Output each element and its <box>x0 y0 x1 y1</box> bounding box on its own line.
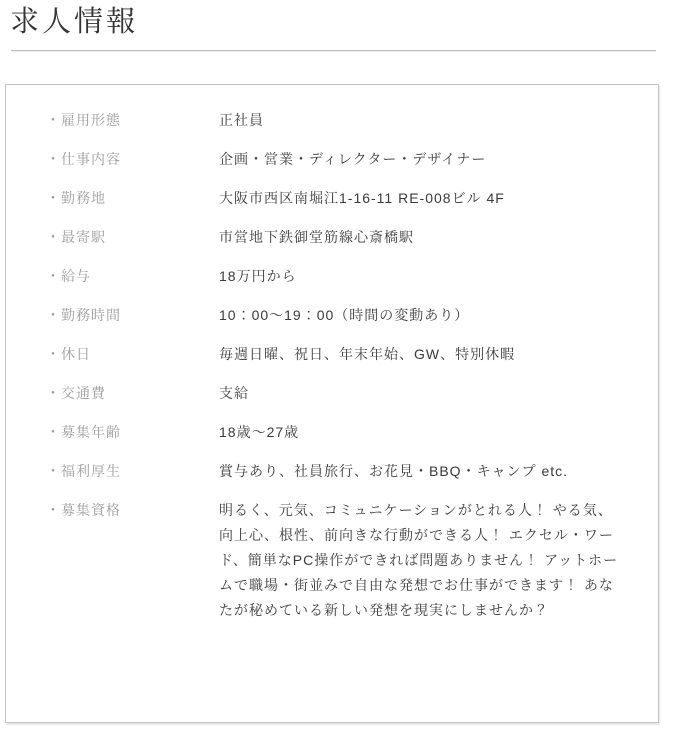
row-bullet: ・ <box>46 268 61 284</box>
info-row: ・福利厚生 賞与あり、社員旅行、お花見・BBQ・キャンプ etc. <box>46 459 625 484</box>
row-label: 福利厚生 <box>61 463 121 479</box>
page-title: 求人情報 <box>10 2 138 42</box>
row-label: 休日 <box>61 346 91 362</box>
row-value: 市営地下鉄御堂筋線心斎橋駅 <box>219 225 623 250</box>
row-bullet: ・ <box>46 229 61 245</box>
row-label: 雇用形態 <box>61 112 121 128</box>
row-label-cell: ・募集年齢 <box>46 420 219 445</box>
row-value: 10：00〜19：00（時間の変動あり） <box>219 303 623 328</box>
row-label: 給与 <box>61 268 91 284</box>
row-label: 募集資格 <box>61 502 121 518</box>
row-label: 最寄駅 <box>61 229 106 245</box>
row-value: 18万円から <box>219 264 623 289</box>
info-row: ・募集年齢 18歳〜27歳 <box>46 420 625 445</box>
row-bullet: ・ <box>46 502 61 518</box>
info-row: ・給与 18万円から <box>46 264 625 289</box>
info-row: ・雇用形態 正社員 <box>46 108 625 133</box>
row-label: 勤務時間 <box>61 307 121 323</box>
row-label-cell: ・勤務時間 <box>46 303 219 328</box>
info-row: ・勤務時間 10：00〜19：00（時間の変動あり） <box>46 303 625 328</box>
row-label: 仕事内容 <box>61 151 121 167</box>
row-label: 交通費 <box>61 385 106 401</box>
row-bullet: ・ <box>46 151 61 167</box>
row-label-cell: ・勤務地 <box>46 186 219 211</box>
row-label-cell: ・交通費 <box>46 381 219 406</box>
row-label-cell: ・雇用形態 <box>46 108 219 133</box>
info-row: ・仕事内容 企画・営業・ディレクター・デザイナー <box>46 147 625 172</box>
row-label-cell: ・募集資格 <box>46 498 219 523</box>
row-value: 賞与あり、社員旅行、お花見・BBQ・キャンプ etc. <box>219 459 623 484</box>
row-bullet: ・ <box>46 112 61 128</box>
row-bullet: ・ <box>46 307 61 323</box>
row-value: 18歳〜27歳 <box>219 420 623 445</box>
job-info-panel: ・雇用形態 正社員 ・仕事内容 企画・営業・ディレクター・デザイナー ・勤務地 … <box>5 84 659 723</box>
row-label: 募集年齢 <box>61 424 121 440</box>
row-bullet: ・ <box>46 463 61 479</box>
info-row: ・交通費 支給 <box>46 381 625 406</box>
info-row: ・最寄駅 市営地下鉄御堂筋線心斎橋駅 <box>46 225 625 250</box>
row-label-cell: ・福利厚生 <box>46 459 219 484</box>
title-divider <box>11 50 656 52</box>
info-rows: ・雇用形態 正社員 ・仕事内容 企画・営業・ディレクター・デザイナー ・勤務地 … <box>46 108 625 623</box>
row-value: 企画・営業・ディレクター・デザイナー <box>219 147 623 172</box>
row-label-cell: ・最寄駅 <box>46 225 219 250</box>
row-value: 正社員 <box>219 108 623 133</box>
row-bullet: ・ <box>46 190 61 206</box>
row-label-cell: ・休日 <box>46 342 219 367</box>
info-row: ・勤務地 大阪市西区南堀江1-16-11 RE-008ビル 4F <box>46 186 625 211</box>
info-row: ・休日 毎週日曜、祝日、年末年始、GW、特別休暇 <box>46 342 625 367</box>
row-label-cell: ・給与 <box>46 264 219 289</box>
row-value: 明るく、元気、コミュニケーションがとれる人！ やる気、向上心、根性、前向きな行動… <box>219 498 623 623</box>
row-label: 勤務地 <box>61 190 106 206</box>
row-value: 毎週日曜、祝日、年末年始、GW、特別休暇 <box>219 342 623 367</box>
info-row: ・募集資格 明るく、元気、コミュニケーションがとれる人！ やる気、向上心、根性、… <box>46 498 625 623</box>
row-value: 大阪市西区南堀江1-16-11 RE-008ビル 4F <box>219 186 623 211</box>
row-label-cell: ・仕事内容 <box>46 147 219 172</box>
row-value: 支給 <box>219 381 623 406</box>
row-bullet: ・ <box>46 385 61 401</box>
row-bullet: ・ <box>46 424 61 440</box>
row-bullet: ・ <box>46 346 61 362</box>
job-info-page: 求人情報 ・雇用形態 正社員 ・仕事内容 企画・営業・ディレクター・デザイナー … <box>0 0 680 745</box>
